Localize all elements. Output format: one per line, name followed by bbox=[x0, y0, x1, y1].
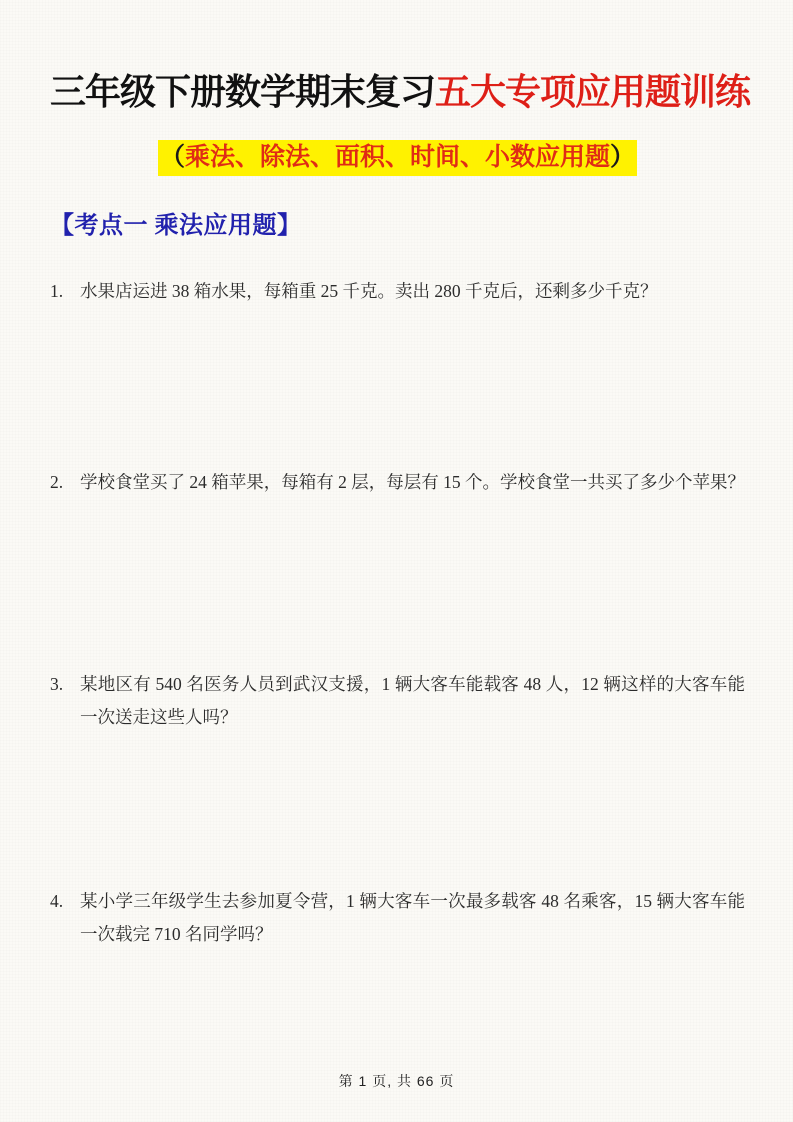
section-heading-multiplication: 【考点一 乘法应用题】 bbox=[50, 205, 745, 240]
page-title-red-part: 五大专项应用题训练 bbox=[435, 72, 750, 112]
question-number: 3. bbox=[50, 668, 80, 701]
question-list: 1. 水果店运进 38 箱水果，每箱重 25 千克。卖出 280 千克后，还剩多… bbox=[50, 275, 745, 1035]
subtitle-text: 乘法、除法、面积、时间、小数应用题 bbox=[185, 144, 610, 171]
question-text: 某地区有 540 名医务人员到武汉支援，1 辆大客车能载客 48 人，12 辆这… bbox=[80, 668, 745, 734]
question-item-1: 1. 水果店运进 38 箱水果，每箱重 25 千克。卖出 280 千克后，还剩多… bbox=[50, 275, 745, 466]
question-number: 2. bbox=[50, 466, 80, 499]
question-number: 1. bbox=[50, 275, 80, 308]
question-text: 学校食堂买了 24 箱苹果，每箱有 2 层，每层有 15 个。学校食堂一共买了多… bbox=[80, 466, 745, 499]
worksheet-page: 三年级下册数学期末复习五大专项应用题训练 （乘法、除法、面积、时间、小数应用题）… bbox=[0, 0, 793, 1122]
question-item-2: 2. 学校食堂买了 24 箱苹果，每箱有 2 层，每层有 15 个。学校食堂一共… bbox=[50, 466, 745, 668]
subtitle-open-paren: （ bbox=[160, 144, 185, 171]
subtitle-row: （乘法、除法、面积、时间、小数应用题） bbox=[50, 140, 745, 176]
question-item-3: 3. 某地区有 540 名医务人员到武汉支援，1 辆大客车能载客 48 人，12… bbox=[50, 668, 745, 885]
question-text: 水果店运进 38 箱水果，每箱重 25 千克。卖出 280 千克后，还剩多少千克… bbox=[80, 275, 745, 308]
page-title: 三年级下册数学期末复习五大专项应用题训练 bbox=[50, 70, 745, 115]
subtitle-close-paren: ） bbox=[610, 144, 635, 171]
question-item-4: 4. 某小学三年级学生去参加夏令营，1 辆大客车一次最多载客 48 名乘客，15… bbox=[50, 885, 745, 1035]
page-number-indicator: 第 1 页, 共 66 页 bbox=[0, 1071, 793, 1091]
page-title-black-part: 三年级下册数学期末复习 bbox=[50, 72, 435, 112]
question-number: 4. bbox=[50, 885, 80, 918]
question-text: 某小学三年级学生去参加夏令营，1 辆大客车一次最多载客 48 名乘客，15 辆大… bbox=[80, 885, 745, 951]
subtitle-highlight: （乘法、除法、面积、时间、小数应用题） bbox=[158, 140, 637, 176]
